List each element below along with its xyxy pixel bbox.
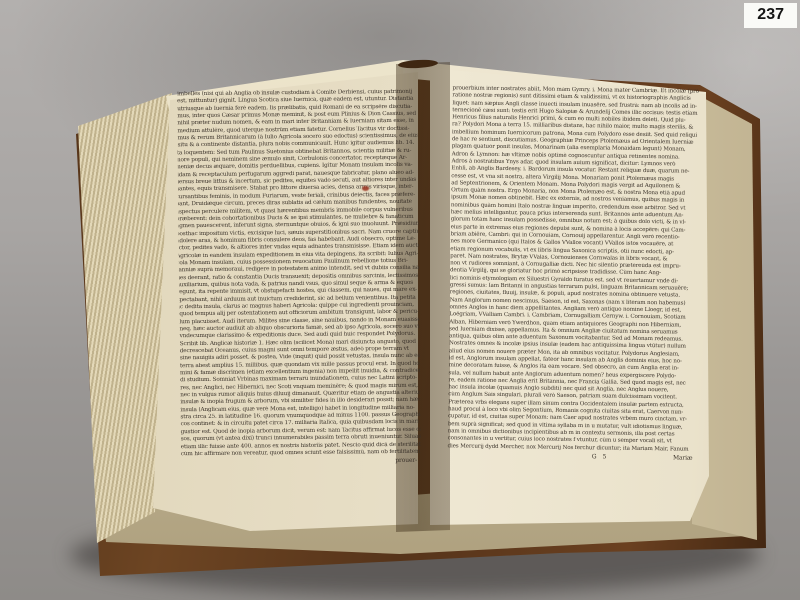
right-page-lines: prouerbium inter nostrates abiit, Mon ma… xyxy=(447,85,701,453)
left-page-lines: imbelles (nisi qui ab Anglia ob insulæ c… xyxy=(177,89,421,459)
catchword: Mariæ xyxy=(673,454,693,461)
ink-stain-mark xyxy=(362,186,369,191)
catchword: prouer- xyxy=(395,457,417,464)
signature-mark: G 5 xyxy=(592,453,609,460)
right-page-text: prouerbium inter nostrates abiit, Mon ma… xyxy=(447,85,701,456)
folio-number-label: 237 xyxy=(744,3,797,28)
photo-stage: imbelles (nisi qui ab Anglia ob insulæ c… xyxy=(0,0,800,600)
left-page-text: imbelles (nisi qui ab Anglia ob insulæ c… xyxy=(170,89,421,462)
